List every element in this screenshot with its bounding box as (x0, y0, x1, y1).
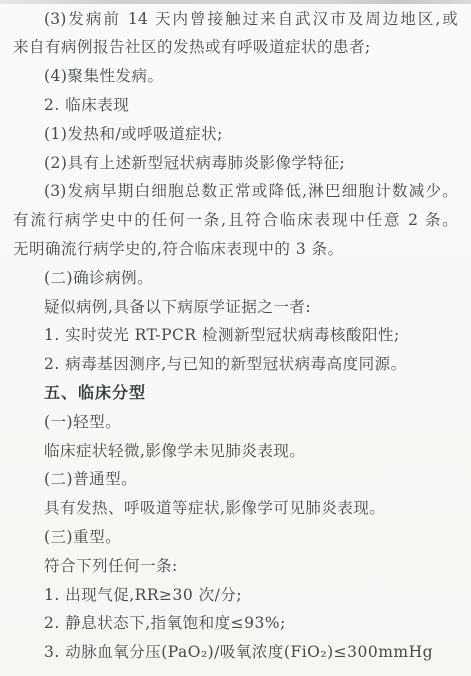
subheading-severe-type: (三)重型。 (13, 523, 458, 552)
epidemiology-item-3-cont: 来自有病例报告社区的发热或有呼吸道症状的患者; (13, 33, 458, 62)
evidence-item-1-rtpcr: 1. 实时荧光 RT-PCR 检测新型冠状病毒核酸阳性; (13, 321, 458, 350)
epidemiology-item-4: (4)聚集性发病。 (13, 62, 458, 91)
severe-criterion-1-rr: 1. 出现气促,RR≥30 次/分; (13, 581, 458, 610)
severe-criterion-2-spo2: 2. 静息状态下,指氧饱和度≤93%; (13, 609, 458, 638)
subheading-mild-type: (一)轻型。 (13, 408, 458, 437)
clinical-item-3: (3)发病早期白细胞总数正常或降低,淋巴细胞计数减少。 (13, 177, 458, 206)
severe-type-intro: 符合下列任何一条: (13, 552, 458, 581)
clinical-item-1: (1)发热和/或呼吸道症状; (13, 120, 458, 149)
clinical-item-2: (2)具有上述新型冠状病毒肺炎影像学特征; (13, 149, 458, 178)
confirmed-case-intro: 疑似病例,具备以下病原学证据之一者: (13, 293, 458, 322)
confirmed-case-subheading: (二)确诊病例。 (13, 264, 458, 293)
section-heading-clinical-classification: 五、临床分型 (13, 379, 458, 408)
subheading-moderate-type: (二)普通型。 (13, 465, 458, 494)
suspected-case-criteria-cont: 无明确流行病学史的,符合临床表现中的 3 条。 (13, 235, 458, 264)
suspected-case-criteria: 有流行病学史中的任何一条,且符合临床表现中任意 2 条。 (13, 206, 458, 235)
severe-criterion-3-pao2-fio2: 3. 动脉血氧分压(PaO₂)/吸氧浓度(FiO₂)≤300mmHg (13, 638, 458, 667)
scan-edge-artifact (0, 0, 471, 4)
mild-type-description: 临床症状轻微,影像学未见肺炎表现。 (13, 437, 458, 466)
moderate-type-description: 具有发热、呼吸道等症状,影像学可见肺炎表现。 (13, 494, 458, 523)
evidence-item-2-sequencing: 2. 病毒基因测序,与已知的新型冠状病毒高度同源。 (13, 350, 458, 379)
scanned-document-page: { "colors": { "background": "#f8f8f6", "… (0, 0, 471, 676)
epidemiology-item-3: (3)发病前 14 天内曾接触过来自武汉市及周边地区,或 (13, 5, 458, 34)
document-body: (3)发病前 14 天内曾接触过来自武汉市及周边地区,或 来自有病例报告社区的发… (0, 5, 471, 667)
clinical-manifestation-heading: 2. 临床表现 (13, 91, 458, 120)
